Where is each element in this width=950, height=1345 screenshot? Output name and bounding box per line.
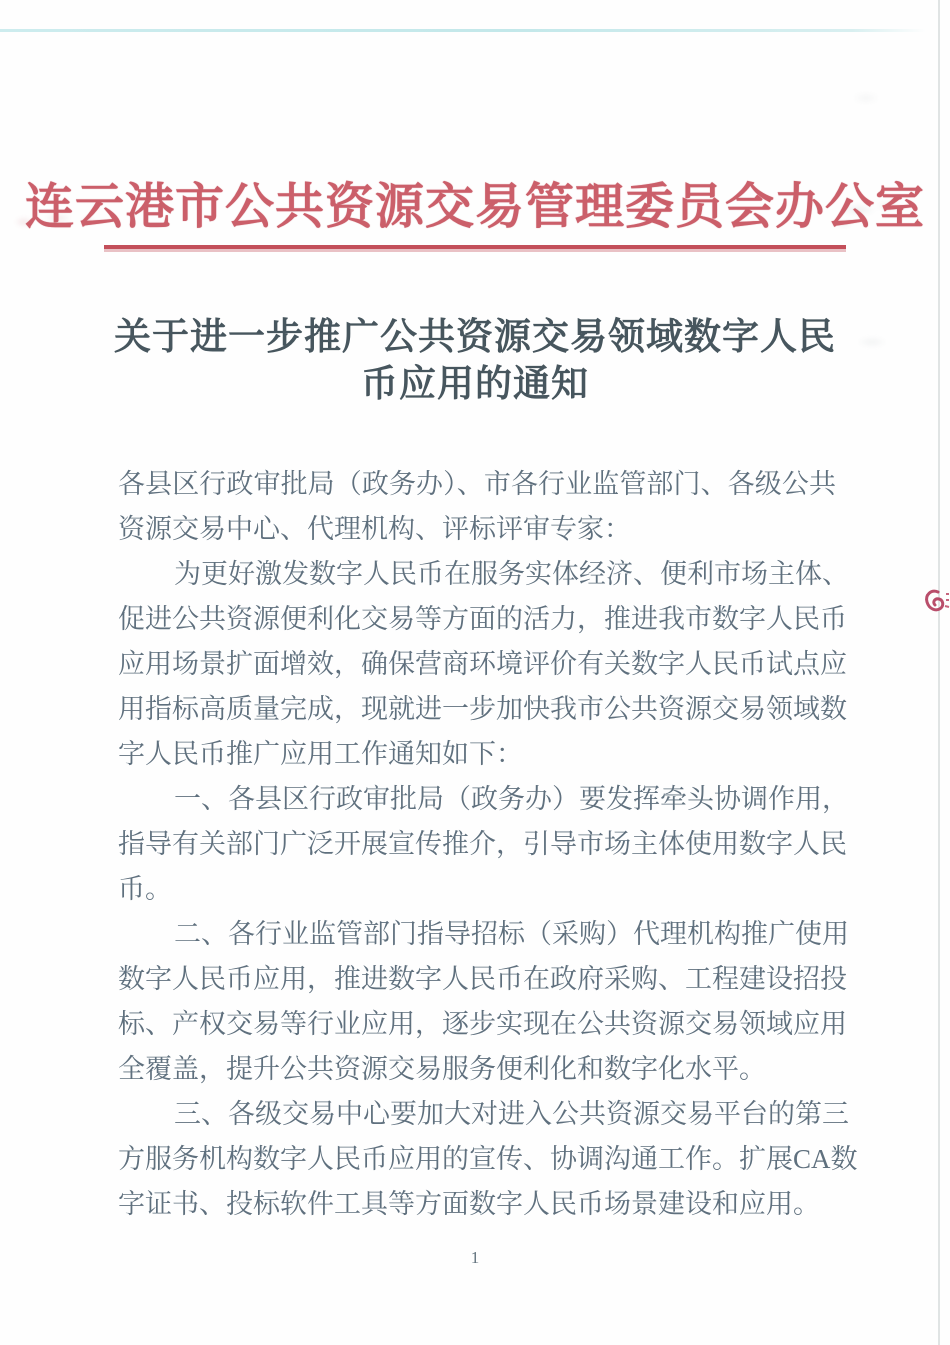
body-line: 资源交易中心、代理机构、评标评审专家： [118, 507, 836, 552]
body-line: 为更好激发数字人民币在服务实体经济、便利市场主体、 [118, 552, 836, 597]
document-body: 各县区行政审批局（政务办）、市各行业监管部门、各级公共 资源交易中心、代理机构、… [118, 462, 836, 1227]
body-line: 应用场景扩面增效，确保营商环境评价有关数字人民币试点应 [118, 642, 836, 687]
body-line: 二、各行业监管部门指导招标（采购）代理机构推广使用 [118, 912, 836, 957]
document-title: 关于进一步推广公共资源交易领域数字人民 币应用的通知 [0, 314, 950, 408]
letterhead-underline [104, 245, 846, 249]
body-line: 方服务机构数字人民币应用的宣传、协调沟通工作。扩展CA数 [118, 1137, 836, 1182]
scanned-notice-page: 连云港市公共资源交易管理委员会办公室 关于进一步推广公共资源交易领域数字人民 币… [0, 0, 950, 1345]
document-title-line2: 币应用的通知 [0, 361, 950, 408]
body-line: 促进公共资源便利化交易等方面的活力，推进我市数字人民币 [118, 597, 836, 642]
body-line: 字人民币推广应用工作通知如下： [118, 732, 836, 777]
body-line: 一、各县区行政审批局（政务办）要发挥牵头协调作用， [118, 777, 836, 822]
red-stamp-fragment-icon [922, 586, 950, 622]
body-line: 全覆盖，提升公共资源交易服务便利化和数字化水平。 [118, 1047, 836, 1092]
scan-smudge [842, 84, 890, 112]
document-title-line1: 关于进一步推广公共资源交易领域数字人民 [0, 314, 950, 361]
body-line: 数字人民币应用，推进数字人民币在政府采购、工程建设招投 [118, 957, 836, 1002]
scan-artifact-top-line [0, 29, 926, 32]
page-number: 1 [0, 1248, 950, 1268]
letterhead-title: 连云港市公共资源交易管理委员会办公室 [0, 168, 950, 238]
body-line: 币。 [118, 867, 836, 912]
body-line: 三、各级交易中心要加大对进入公共资源交易平台的第三 [118, 1092, 836, 1137]
body-line: 标、产权交易等行业应用，逐步实现在公共资源交易领域应用 [118, 1002, 836, 1047]
body-line: 字证书、投标软件工具等方面数字人民币场景建设和应用。 [118, 1182, 836, 1227]
body-line: 指导有关部门广泛开展宣传推介，引导市场主体使用数字人民 [118, 822, 836, 867]
body-line: 用指标高质量完成，现就进一步加快我市公共资源交易领域数 [118, 687, 836, 732]
body-line: 各县区行政审批局（政务办）、市各行业监管部门、各级公共 [118, 462, 836, 507]
